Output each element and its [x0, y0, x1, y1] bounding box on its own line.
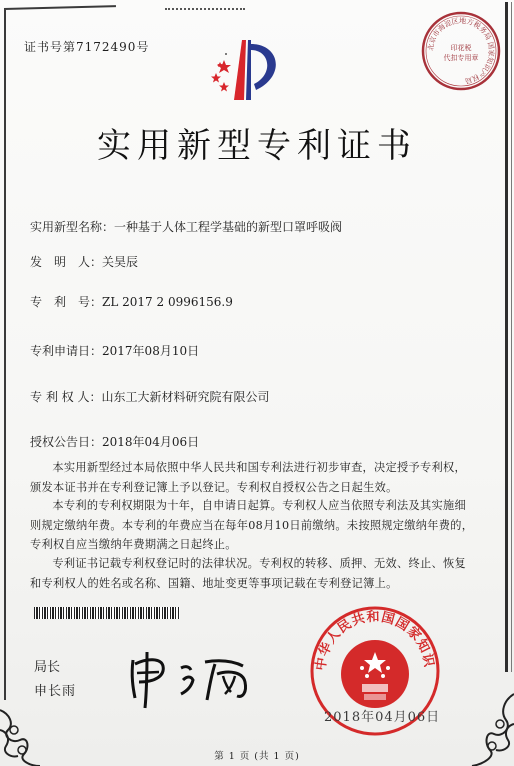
- field-grant-date: 授权公告日：2018年04月06日: [30, 433, 199, 450]
- field-label: 实用新型名称：: [30, 218, 114, 235]
- tax-seal-icon: 北京市海淀区地方税务局 国家知识产权局 印花税 代扣专用章: [420, 10, 502, 92]
- field-label: 发 明 人：: [30, 253, 102, 270]
- patent-office-logo-icon: [208, 38, 288, 110]
- seal-date: 2018年04月06日: [324, 706, 440, 725]
- field-application-date: 专利申请日：2017年08月10日: [30, 342, 199, 359]
- certificate-number: 证书号第7172490号: [24, 38, 149, 55]
- field-value: 2017年08月10日: [102, 344, 199, 358]
- barcode: [34, 607, 180, 619]
- certificate-title: 实用新型专利证书: [0, 118, 514, 167]
- field-patentee: 专 利 权 人：山东工大新材料研究院有限公司: [30, 388, 269, 405]
- field-label: 专 利 权 人：: [30, 388, 101, 405]
- svg-text:印花税: 印花税: [451, 43, 472, 52]
- certificate-page: 证书号第7172490号 北京市海淀区地方税务局 国家知识产权局 印花税 代扣专…: [0, 0, 514, 766]
- field-label: 专利申请日：: [30, 342, 102, 359]
- paragraph-term: 本专利的专利权期限为十年，自申请日起算。专利权人应当依照专利法及其实施细则规定缴…: [30, 496, 476, 555]
- field-inventor: 发 明 人：关昊辰: [30, 253, 138, 270]
- field-patent-number: 专 利 号：ZL 2017 2 0996156.9: [30, 293, 233, 310]
- field-value: 山东工大新材料研究院有限公司: [101, 390, 269, 404]
- border-left: [4, 10, 6, 700]
- director-title: 局长: [34, 656, 60, 675]
- page-footer: 第 1 页 (共 1 页): [0, 748, 514, 762]
- border-right: [505, 2, 508, 672]
- border-top: [4, 5, 116, 10]
- field-label: 专 利 号：: [30, 293, 102, 310]
- field-value: 关昊辰: [102, 255, 138, 269]
- field-value: 一种基于人体工程学基础的新型口罩呼吸阀: [114, 220, 342, 234]
- director-name: 申长雨: [34, 680, 76, 699]
- svg-text:代扣专用章: 代扣专用章: [444, 53, 479, 62]
- field-utility-model-name: 实用新型名称：一种基于人体工程学基础的新型口罩呼吸阀: [30, 218, 342, 235]
- field-label: 授权公告日：: [30, 433, 102, 450]
- signature-icon: [125, 648, 255, 710]
- border-right-inner: [511, 2, 512, 672]
- paragraph-legal-status: 专利证书记载专利权登记时的法律状况。专利权的转移、质押、无效、终止、恢复和专利权…: [30, 554, 476, 593]
- field-value: ZL 2017 2 0996156.9: [102, 295, 233, 309]
- top-ornament: [165, 0, 245, 10]
- field-value: 2018年04月06日: [102, 435, 199, 449]
- paragraph-grant: 本实用新型经过本局依照中华人民共和国专利法进行初步审查，决定授予专利权，颁发本证…: [30, 458, 476, 497]
